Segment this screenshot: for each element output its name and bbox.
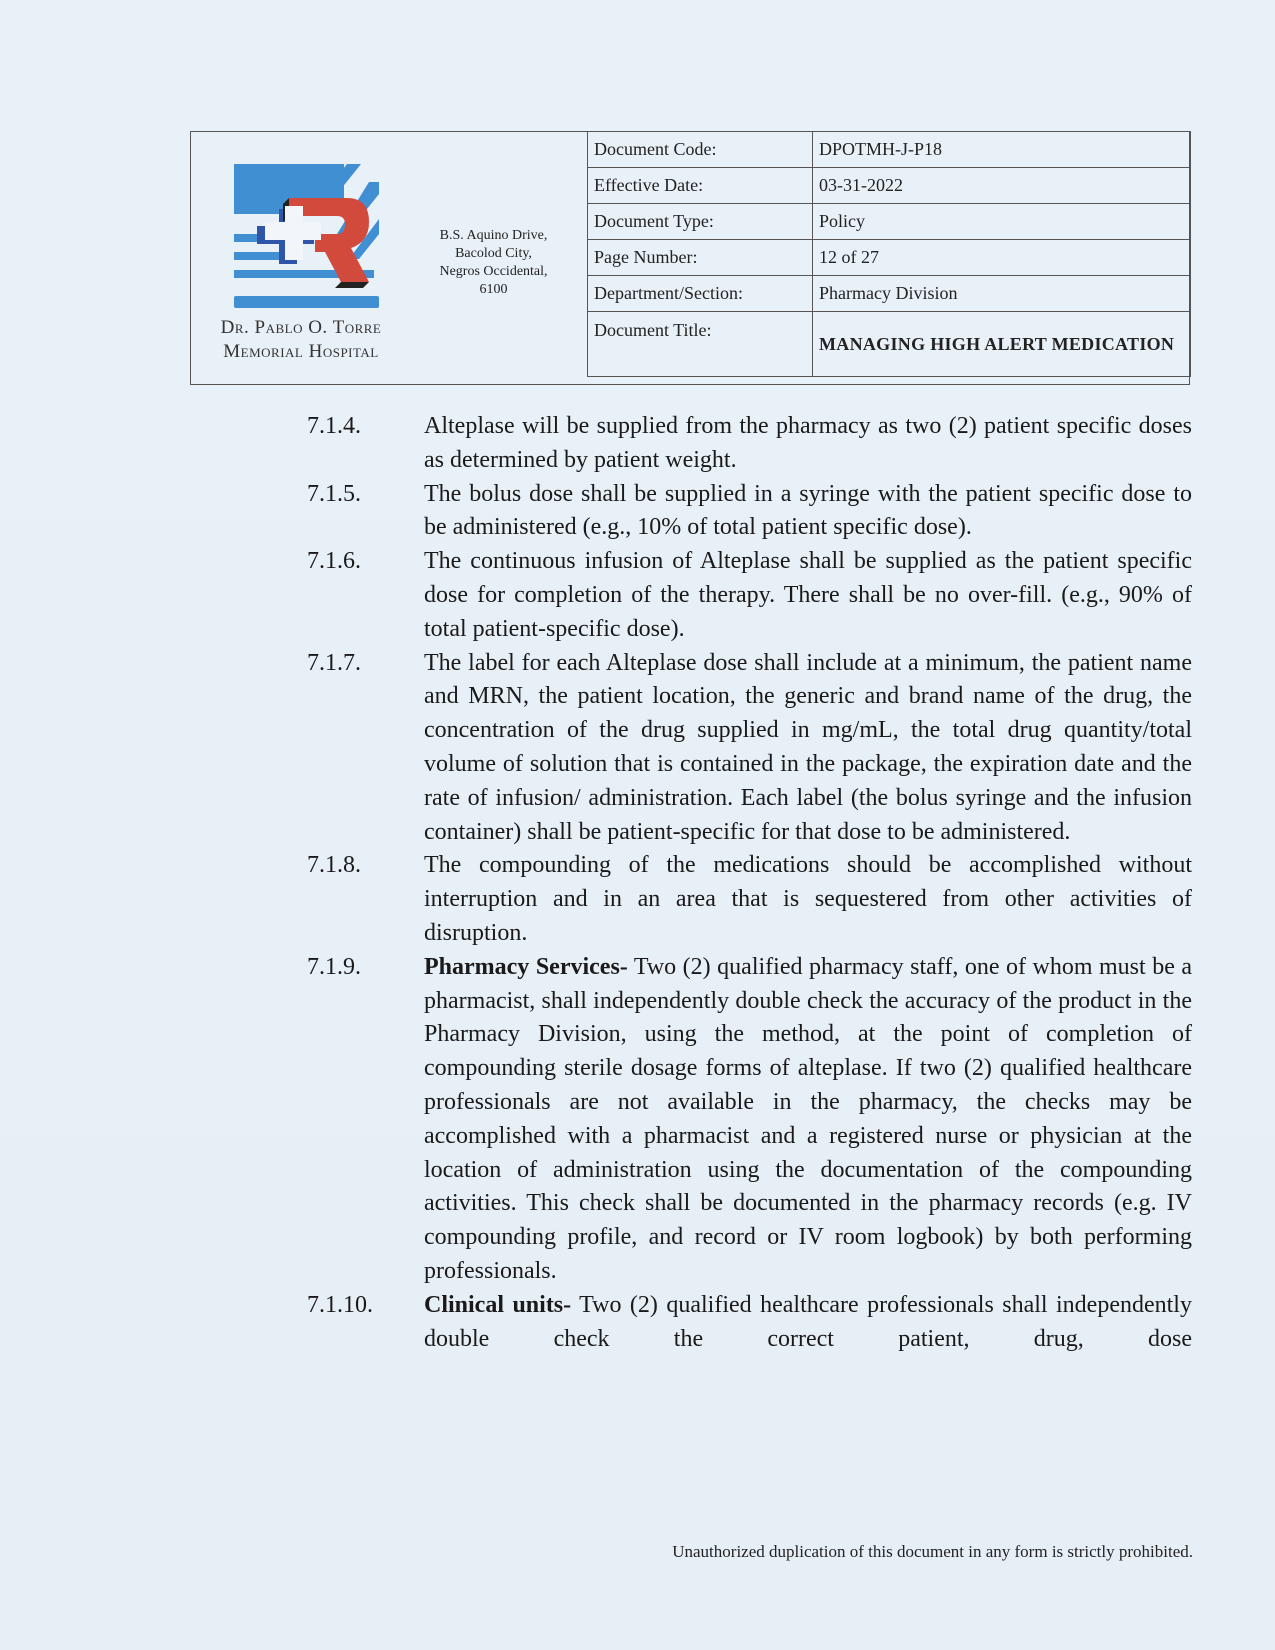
address-line: B.S. Aquino Drive, xyxy=(411,227,576,245)
section-body: Alteplase will be supplied from the phar… xyxy=(424,413,1192,473)
section-item: 7.1.5. The bolus dose shall be supplied … xyxy=(307,478,1192,546)
section-item: 7.1.10. Clinical units- Two (2) qualifie… xyxy=(307,1289,1192,1357)
section-body: The continuous infusion of Alteplase sha… xyxy=(424,548,1192,642)
section-number: 7.1.9. xyxy=(307,951,424,1289)
section-item: 7.1.4. Alteplase will be supplied from t… xyxy=(307,410,1192,478)
metadata-row: Document Title: MANAGING HIGH ALERT MEDI… xyxy=(588,311,1191,376)
section-number: 7.1.7. xyxy=(307,647,424,850)
hospital-logo-icon xyxy=(229,164,379,314)
address-line: Bacolod City, xyxy=(411,245,576,263)
footer-notice: Unauthorized duplication of this documen… xyxy=(672,1542,1193,1562)
metadata-label: Effective Date: xyxy=(588,167,813,203)
document-title-value: MANAGING HIGH ALERT MEDICATION xyxy=(813,311,1191,376)
section-text: The bolus dose shall be supplied in a sy… xyxy=(424,478,1192,546)
section-body: The bolus dose shall be supplied in a sy… xyxy=(424,481,1192,541)
metadata-label: Document Code: xyxy=(588,131,813,167)
metadata-label: Page Number: xyxy=(588,239,813,275)
hospital-name-line-2: Memorial Hospital xyxy=(191,340,411,364)
metadata-row: Effective Date: 03-31-2022 xyxy=(588,167,1191,203)
hospital-branding: Dr. Pablo O. Torre Memorial Hospital B.S… xyxy=(191,132,579,384)
document-code-value: DPOTMH-J-P18 xyxy=(813,131,1191,167)
section-item: 7.1.6. The continuous infusion of Altepl… xyxy=(307,545,1192,646)
metadata-label: Document Title: xyxy=(588,311,813,376)
document-page: Dr. Pablo O. Torre Memorial Hospital B.S… xyxy=(0,0,1275,1650)
metadata-label: Department/Section: xyxy=(588,275,813,311)
section-item: 7.1.7. The label for each Alteplase dose… xyxy=(307,647,1192,850)
metadata-label: Document Type: xyxy=(588,203,813,239)
address-line: Negros Occidental, xyxy=(411,263,576,281)
section-text: The continuous infusion of Alteplase sha… xyxy=(424,545,1192,646)
section-text: Alteplase will be supplied from the phar… xyxy=(424,410,1192,478)
page-number-value: 12 of 27 xyxy=(813,239,1191,275)
section-heading: Pharmacy Services- xyxy=(424,954,628,980)
section-item: 7.1.9. Pharmacy Services- Two (2) qualif… xyxy=(307,951,1192,1289)
section-text: Clinical units- Two (2) qualified health… xyxy=(424,1289,1192,1357)
section-text: The label for each Alteplase dose shall … xyxy=(424,647,1192,850)
hospital-name: Dr. Pablo O. Torre Memorial Hospital xyxy=(191,316,411,364)
section-body: The label for each Alteplase dose shall … xyxy=(424,650,1192,845)
metadata-row: Document Type: Policy xyxy=(588,203,1191,239)
section-heading: Clinical units- xyxy=(424,1292,571,1318)
section-text: Pharmacy Services- Two (2) qualified pha… xyxy=(424,951,1192,1289)
section-number: 7.1.10. xyxy=(307,1289,424,1357)
section-body: Two (2) qualified pharmacy staff, one of… xyxy=(424,954,1192,1284)
address-line: 6100 xyxy=(411,281,576,299)
hospital-address: B.S. Aquino Drive, Bacolod City, Negros … xyxy=(411,227,576,299)
metadata-row: Department/Section: Pharmacy Division xyxy=(588,275,1191,311)
metadata-row: Document Code: DPOTMH-J-P18 xyxy=(588,131,1191,167)
document-header: Dr. Pablo O. Torre Memorial Hospital B.S… xyxy=(190,131,1190,385)
document-metadata-table: Document Code: DPOTMH-J-P18 Effective Da… xyxy=(587,131,1191,377)
section-body: The compounding of the medications shoul… xyxy=(424,852,1192,946)
section-number: 7.1.4. xyxy=(307,410,424,478)
department-value: Pharmacy Division xyxy=(813,275,1191,311)
effective-date-value: 03-31-2022 xyxy=(813,167,1191,203)
section-number: 7.1.6. xyxy=(307,545,424,646)
section-number: 7.1.8. xyxy=(307,849,424,950)
section-number: 7.1.5. xyxy=(307,478,424,546)
hospital-name-line-1: Dr. Pablo O. Torre xyxy=(191,316,411,340)
metadata-row: Page Number: 12 of 27 xyxy=(588,239,1191,275)
section-text: The compounding of the medications shoul… xyxy=(424,849,1192,950)
document-body: 7.1.4. Alteplase will be supplied from t… xyxy=(307,410,1192,1356)
section-item: 7.1.8. The compounding of the medication… xyxy=(307,849,1192,950)
document-type-value: Policy xyxy=(813,203,1191,239)
